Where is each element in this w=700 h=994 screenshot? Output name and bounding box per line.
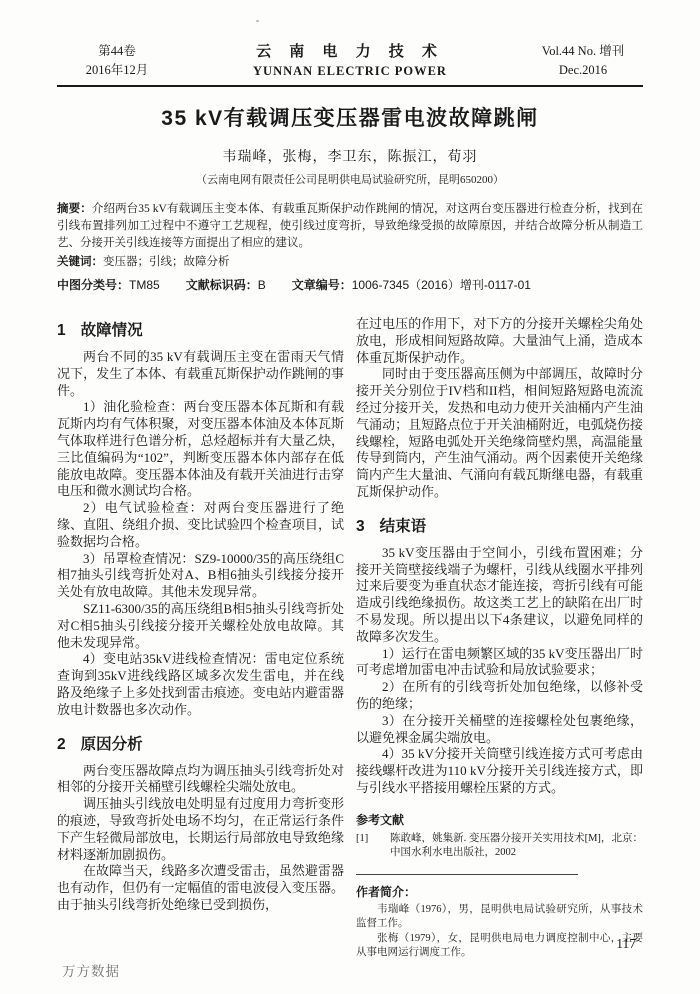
paragraph: 2）在所有的引线弯折处加包绝缘，以修补受伤的绝缘； bbox=[356, 679, 643, 713]
section-2-title: 原因分析 bbox=[81, 736, 143, 753]
reference-text: 陈敢峰，姚集新. 变压器分接开关实用技术[M]，北京：中国水利水电出版社，200… bbox=[390, 832, 643, 861]
paragraph: 1）运行在雷电频繁区域的35 kV变压器出厂时可考虑增加雷电冲击试验和局放试验要… bbox=[356, 646, 643, 680]
paragraph: 4）35 kV分接开关筒壁引线连接方式可考虑由接线螺杆改进为110 kV分接开关… bbox=[356, 746, 643, 796]
page-number: 117 bbox=[616, 936, 636, 952]
paragraph: 2）电气试验检查：对两台变压器进行了绝缘、直阻、绕组介损、变比试验四个检查项目，… bbox=[57, 500, 344, 550]
paragraph: 在故障当天，线路多次遭受雷击，虽然避雷器也有动作，但仍有一定幅值的雷电波侵入变压… bbox=[57, 863, 344, 913]
doc-code-label: 文献标识码： bbox=[186, 278, 258, 292]
section-1-title: 故障情况 bbox=[81, 322, 143, 339]
meta-line: 中图分类号：TM85文献标识码：B文章编号：1006-7345（2016）增刊-… bbox=[57, 276, 643, 294]
section-1-number: 1 bbox=[57, 322, 66, 339]
affiliation-line: （云南电网有限责任公司昆明供电局试验研究所，昆明650200） bbox=[57, 171, 643, 187]
abstract-label: 摘要： bbox=[57, 203, 92, 215]
header-right: Vol.44 No. 增刊 Dec.2016 bbox=[523, 42, 643, 80]
paragraph: SZ11-6300/35的高压绕组B相5抽头引线弯折处对C相5抽头引线接分接开关… bbox=[57, 601, 344, 651]
paragraph: 4）变电站35kV进线检查情况：雷电定位系统查询到35kV进线线路区域多次发生雷… bbox=[57, 651, 344, 718]
journal-date-en: Dec.2016 bbox=[523, 61, 643, 80]
paragraph: 3）吊罩检查情况：SZ9-10000/35的高压绕组C相7抽头引线弯折处对A、B… bbox=[57, 551, 344, 601]
body-columns: 1故障情况 两台不同的35 kV有载调压主变在雷雨天气情况下，发生了本体、有载重… bbox=[57, 316, 643, 961]
bio-item: 韦瑞峰（1976），男，昆明供电局试验研究所，从事技术监督工作。 bbox=[356, 903, 643, 932]
journal-date-cn: 2016年12月 bbox=[57, 61, 177, 80]
paragraph: 两台变压器故障点均为调压抽头引线弯折处对相邻的分接开关桶壁引线螺栓尖端处放电。 bbox=[57, 763, 344, 797]
journal-name-cn: 云 南 电 力 技 术 bbox=[177, 42, 523, 62]
clc-value: TM85 bbox=[129, 278, 160, 292]
journal-vol-en: Vol.44 No. 增刊 bbox=[523, 42, 643, 61]
keywords-line: 关键词：变压器；引线；故障分析 bbox=[57, 254, 643, 271]
paragraph: 35 kV变压器由于空间小，引线布置困难；分接开关筒壁接线端子为螺杆，引线从线圈… bbox=[356, 545, 643, 646]
reference-number: [1] bbox=[356, 832, 390, 861]
header-center: 云 南 电 力 技 术 YUNNAN ELECTRIC POWER bbox=[177, 42, 523, 80]
abstract-text: 介绍两台35 kV有载调压主变本体、有载重瓦斯保护动作跳闸的情况，对这两台变压器… bbox=[57, 203, 643, 249]
header-rule bbox=[57, 85, 643, 87]
article-no-value: 1006-7345（2016）增刊-0117-01 bbox=[352, 278, 531, 292]
section-3-heading: 3结束语 bbox=[356, 514, 643, 536]
journal-page: 第44卷 2016年12月 云 南 电 力 技 术 YUNNAN ELECTRI… bbox=[0, 0, 700, 994]
abstract-block: 摘要：介绍两台35 kV有载调压主变本体、有载重瓦斯保护动作跳闸的情况，对这两台… bbox=[57, 201, 643, 252]
journal-volume: 第44卷 bbox=[57, 42, 177, 61]
paragraph: 3）在分接开关桶壁的连接螺栓处包裹绝缘，以避免裸金属尖端放电。 bbox=[356, 713, 643, 747]
section-3-number: 3 bbox=[356, 518, 365, 535]
clc-label: 中图分类号： bbox=[57, 278, 129, 292]
section-2-number: 2 bbox=[57, 736, 66, 753]
section-3-title: 结束语 bbox=[380, 518, 427, 535]
reference-item: [1] 陈敢峰，姚集新. 变压器分接开关实用技术[M]，北京：中国水利水电出版社… bbox=[356, 832, 643, 861]
article-title: 35 kV有载调压变压器雷电波故障跳闸 bbox=[57, 102, 643, 132]
journal-name-en: YUNNAN ELECTRIC POWER bbox=[177, 62, 523, 80]
paragraph: 调压抽头引线放电处明显有过度用力弯折变形的痕迹，导致弯折处电场不均匀，在正常运行… bbox=[57, 796, 344, 863]
bio-item: 张梅（1979），女，昆明供电局电力调度控制中心，主要从事电网运行调度工作。 bbox=[356, 932, 643, 961]
header-left: 第44卷 2016年12月 bbox=[57, 42, 177, 80]
authors-line: 韦瑞峰，张梅，李卫东，陈振江，荀羽 bbox=[57, 146, 643, 166]
paragraph: 同时由于变压器高压侧为中部调压，故障时分接开关分别位于IV档和II档，相间短路短… bbox=[356, 366, 643, 500]
bio-separator bbox=[356, 874, 578, 875]
section-2-heading: 2原因分析 bbox=[57, 732, 344, 754]
journal-header: 第44卷 2016年12月 云 南 电 力 技 术 YUNNAN ELECTRI… bbox=[57, 0, 643, 80]
bio-heading: 作者简介： bbox=[356, 883, 643, 900]
references-heading: 参考文献 bbox=[356, 811, 643, 828]
paragraph: 两台不同的35 kV有载调压主变在雷雨天气情况下，发生了本体、有载重瓦斯保护动作… bbox=[57, 349, 344, 399]
section-1-heading: 1故障情况 bbox=[57, 318, 344, 340]
doc-code-value: B bbox=[258, 278, 266, 292]
article-no-label: 文章编号： bbox=[292, 278, 352, 292]
left-column: 1故障情况 两台不同的35 kV有载调压主变在雷雨天气情况下，发生了本体、有载重… bbox=[57, 316, 344, 961]
right-column: 在过电压的作用下，对下方的分接开关螺栓尖角处放电，形成相间短路故障。大量油气上涌… bbox=[356, 316, 643, 961]
paragraph: 1）油化验检查：两台变压器本体瓦斯和有载瓦斯内均有气体积聚，对变压器本体油及本体… bbox=[57, 399, 344, 500]
paragraph: 在过电压的作用下，对下方的分接开关螺栓尖角处放电，形成相间短路故障。大量油气上涌… bbox=[356, 316, 643, 366]
keywords-text: 变压器；引线；故障分析 bbox=[103, 256, 230, 268]
watermark: 万方数据 bbox=[62, 960, 120, 980]
keywords-label: 关键词： bbox=[57, 256, 103, 268]
